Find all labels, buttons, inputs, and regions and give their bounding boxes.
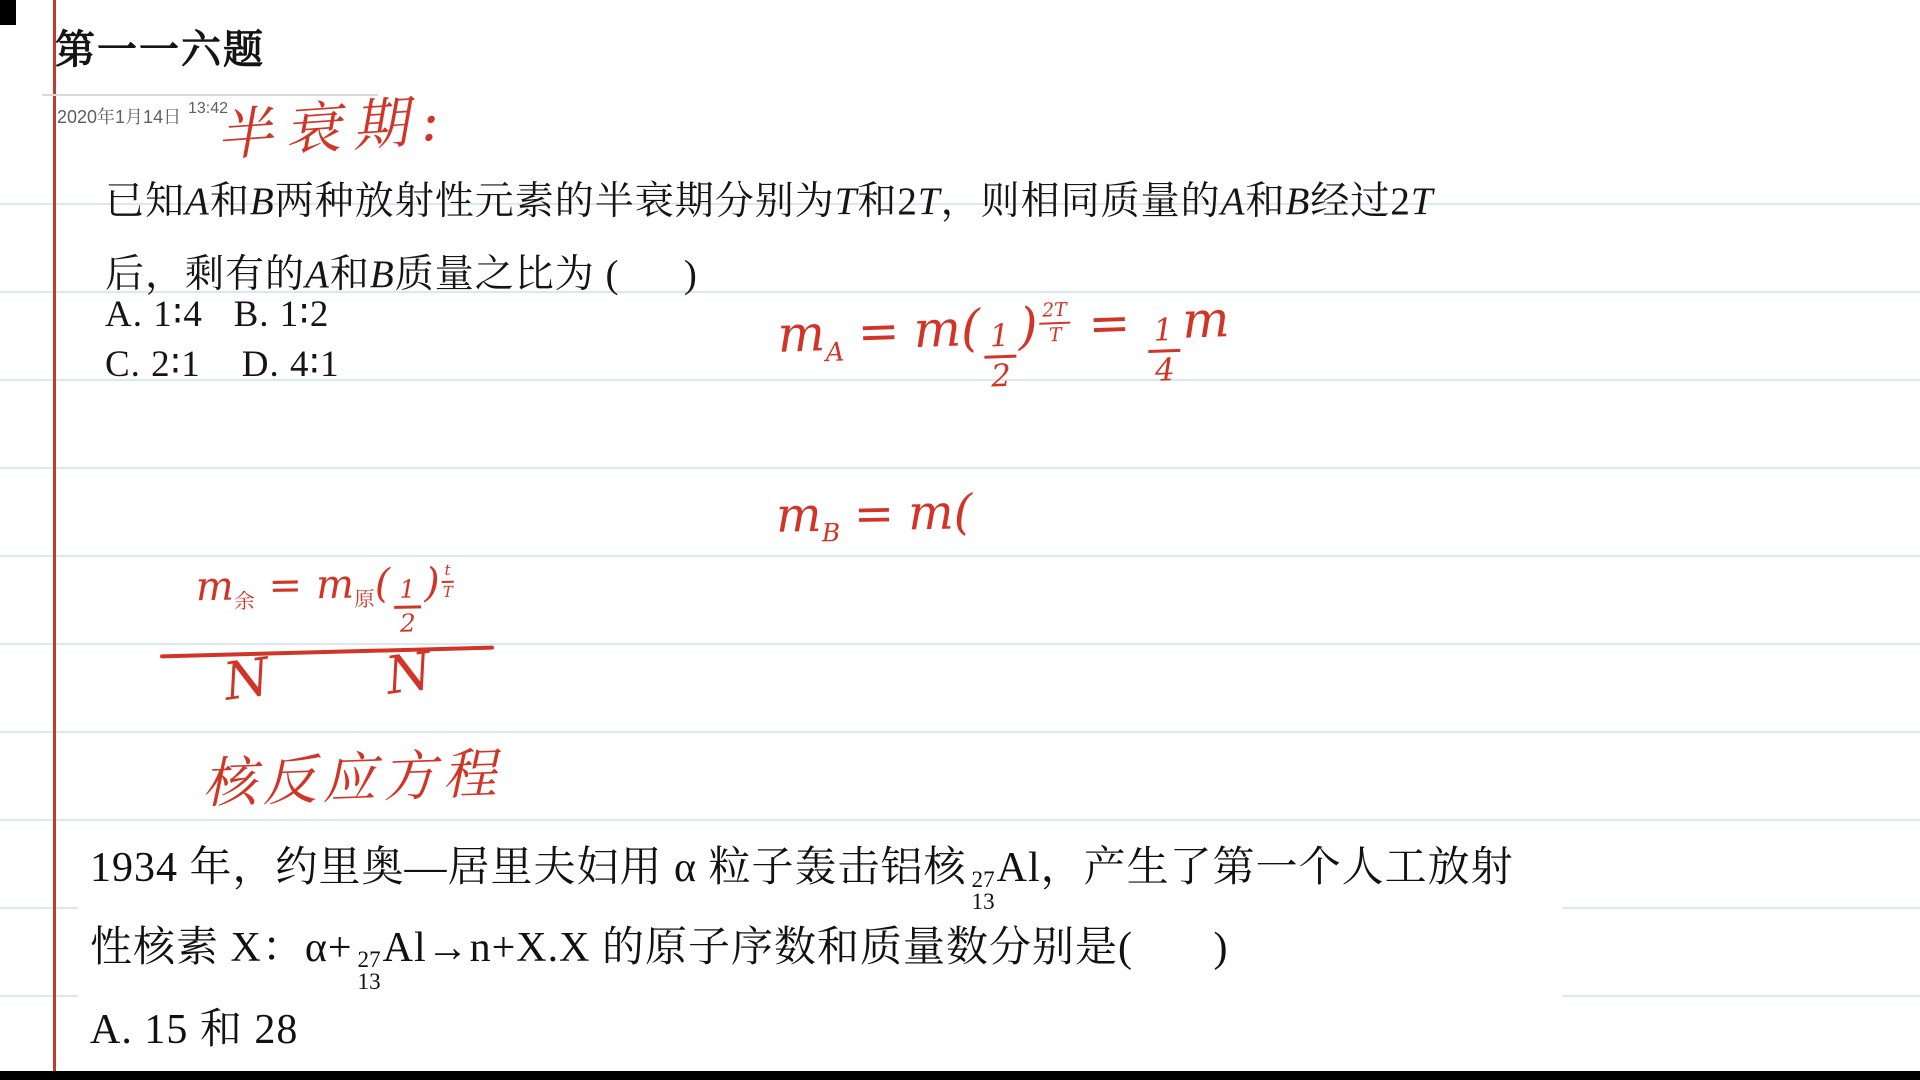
exponent-fraction-2T-T: 2TT	[1039, 301, 1071, 346]
text-run: T	[1411, 180, 1434, 223]
text-run: 后，剩有的	[105, 253, 305, 296]
text-run: T	[918, 180, 941, 223]
onenote-page: 第一一六题 2020年1月14日 13:42 半衰期: 已知A和B两种放射性元素…	[0, 0, 1920, 1080]
text-run: 和2	[857, 180, 918, 223]
text-run: A	[305, 253, 330, 296]
text-run: 性核素 X：α+	[90, 925, 353, 971]
paren: )	[1017, 297, 1039, 356]
fraction-one-half: 12	[983, 320, 1017, 392]
atomic-number: 13	[358, 971, 381, 992]
atomic-number: 13	[972, 891, 995, 912]
math-subscript: A	[825, 337, 845, 368]
math-subscript: 原	[354, 587, 375, 611]
text-run: B	[250, 180, 275, 223]
math-subscript: 余	[234, 589, 255, 613]
text-run: A	[1221, 180, 1246, 223]
handwritten-letter-n: N	[220, 647, 273, 713]
text-run: 已知	[105, 180, 185, 223]
text-run: A	[185, 180, 210, 223]
handwritten-letter-n: N	[382, 641, 435, 707]
text-run: Al→n+X.X 的原子序数和质量数分别是( )	[383, 925, 1229, 971]
text-run: T	[835, 180, 858, 223]
red-margin-line	[53, 0, 56, 1080]
problem1-options-cd: C. 2∶1 D. 4∶1	[105, 342, 340, 386]
nuclide-al-27-13: 2713	[972, 869, 995, 911]
text-run: Al，产生了第一个人工放射	[997, 845, 1514, 891]
text-run: 1934 年，约里奥—居里夫妇用 α 粒子轰击铝核	[90, 845, 967, 891]
math-symbol: m	[775, 487, 821, 544]
text-run: 和	[210, 180, 250, 223]
math-subscript: B	[822, 518, 841, 547]
problem2-line2: 性核素 X：α+2713Al→n+X.X 的原子序数和质量数分别是( )	[90, 914, 1228, 992]
page-date: 2020年1月14日	[57, 103, 181, 129]
fraction-one-quarter: 14	[1147, 314, 1181, 386]
problem2-option-a: A. 15 和 28	[90, 996, 298, 1056]
text-run: 和	[1245, 180, 1285, 223]
handwritten-equation-mB: mB=m(	[775, 484, 972, 548]
equals-sign: =	[857, 302, 901, 361]
math-symbol: m	[316, 562, 355, 609]
handwritten-topic-half-life: 半衰期:	[213, 76, 453, 172]
math-symbol: m	[195, 564, 234, 611]
text-run: B	[370, 253, 395, 296]
math-symbol: m	[913, 300, 962, 360]
equals-sign: =	[268, 562, 302, 609]
equals-sign: =	[1087, 294, 1131, 353]
fraction-one-half: 12	[393, 578, 422, 637]
top-left-corner-mark	[0, 0, 16, 25]
text-run: 经过2	[1310, 180, 1411, 223]
math-symbol: m(	[908, 484, 973, 541]
problem1-line1: 已知A和B两种放射性元素的半衰期分别为T和2T，则相同质量的A和B经过2T	[105, 170, 1434, 226]
handwritten-underline	[160, 646, 494, 659]
page-title: 第一一六题	[55, 18, 265, 75]
text-run: ，则相同质量的	[941, 180, 1221, 223]
paren: (	[960, 299, 982, 358]
math-symbol: m	[1181, 290, 1230, 350]
bottom-letterbox-bar	[0, 1071, 1920, 1080]
text-run: B	[1285, 180, 1310, 223]
text-run: 和	[330, 253, 370, 296]
nuclide-al-27-13: 2713	[358, 949, 381, 991]
handwritten-equation-remaining-mass: m余=m原(12)tT	[195, 560, 458, 640]
equals-sign: =	[853, 486, 894, 543]
paren: )	[424, 560, 440, 606]
problem2-line1: 1934 年，约里奥—居里夫妇用 α 粒子轰击铝核2713Al，产生了第一个人工…	[90, 834, 1514, 912]
handwritten-equation-mA: mA=m(12)2TT=14m	[777, 290, 1232, 399]
math-symbol: m	[777, 304, 826, 364]
text-run: 质量之比为 ( )	[395, 253, 698, 296]
handwritten-topic-nuclear-equation: 核反应方程	[201, 731, 504, 818]
paren: (	[374, 561, 390, 607]
problem1-line2: 后，剩有的A和B质量之比为 ( )	[105, 243, 698, 299]
problem1-options-ab: A. 1∶4 B. 1∶2	[105, 292, 329, 336]
problem2-block: 1934 年，约里奥—居里夫妇用 α 粒子轰击铝核2713Al，产生了第一个人工…	[78, 828, 1562, 1072]
exponent-fraction-t-T: tT	[441, 563, 454, 600]
text-run: 两种放射性元素的半衰期分别为	[275, 180, 835, 223]
